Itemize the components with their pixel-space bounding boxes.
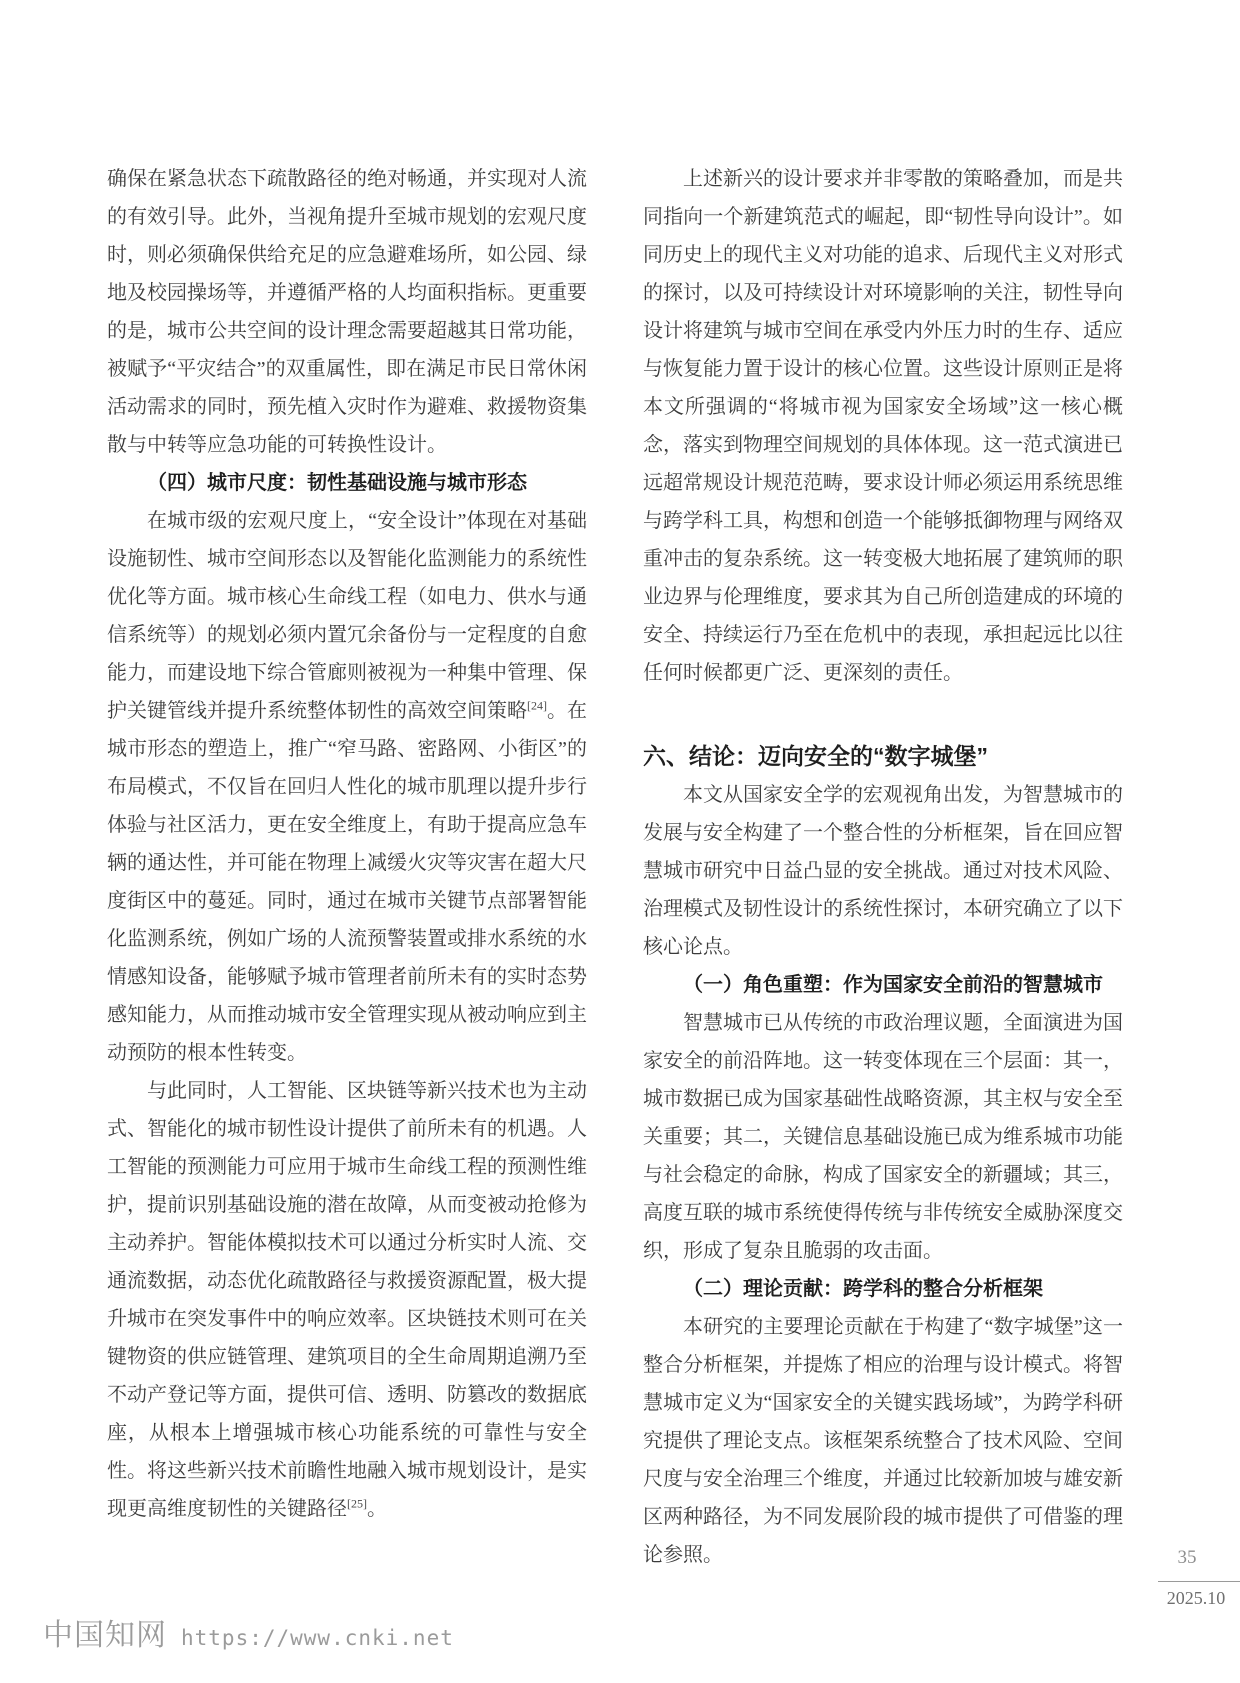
paragraph: 上述新兴的设计要求并非零散的策略叠加，而是共同指向一个新建筑范式的崛起，即“韧性… (643, 160, 1123, 692)
paragraph: 本研究的主要理论贡献在于构建了“数字城堡”这一整合分析框架，并提炼了相应的治理与… (643, 1308, 1123, 1574)
paragraph: 智慧城市已从传统的市政治理议题，全面演进为国家安全的前沿阵地。这一转变体现在三个… (643, 1004, 1123, 1270)
paragraph: 与此同时，人工智能、区块链等新兴技术也为主动式、智能化的城市韧性设计提供了前所未… (107, 1072, 587, 1528)
citation-ref: [24] (527, 698, 547, 712)
paragraph: 在城市级的宏观尺度上，“安全设计”体现在对基础设施韧性、城市空间形态以及智能化监… (107, 502, 587, 1072)
cnki-site-url: https://www.cnki.net (181, 1626, 454, 1650)
paragraph: 确保在紧急状态下疏散路径的绝对畅通，并实现对人流的有效引导。此外，当视角提升至城… (107, 160, 587, 464)
cnki-site-name: 中国知网 (43, 1610, 167, 1654)
paragraph: 本文从国家安全学的宏观视角出发，为智慧城市的发展与安全构建了一个整合性的分析框架… (643, 776, 1123, 966)
left-column: 确保在紧急状态下疏散路径的绝对畅通，并实现对人流的有效引导。此外，当视角提升至城… (107, 160, 587, 1528)
citation-ref: [25] (347, 1496, 367, 1510)
subsection-heading: （四）城市尺度：韧性基础设施与城市形态 (107, 464, 587, 502)
document-page: 确保在紧急状态下疏散路径的绝对畅通，并实现对人流的有效引导。此外，当视角提升至城… (0, 0, 1240, 1683)
subsection-heading: （一）角色重塑：作为国家安全前沿的智慧城市 (643, 966, 1123, 1004)
right-column: 上述新兴的设计要求并非零散的策略叠加，而是共同指向一个新建筑范式的崛起，即“韧性… (643, 160, 1123, 1574)
section-heading: 六、结论：迈向安全的“数字城堡” (643, 736, 1123, 776)
footer-divider (1158, 1581, 1240, 1582)
subsection-heading: （二）理论贡献：跨学科的整合分析框架 (643, 1270, 1123, 1308)
issue-date: 2025.10 (1158, 1588, 1234, 1609)
page-number: 35 (1156, 1547, 1218, 1569)
cnki-watermark: 中国知网 https://www.cnki.net (43, 1610, 454, 1654)
